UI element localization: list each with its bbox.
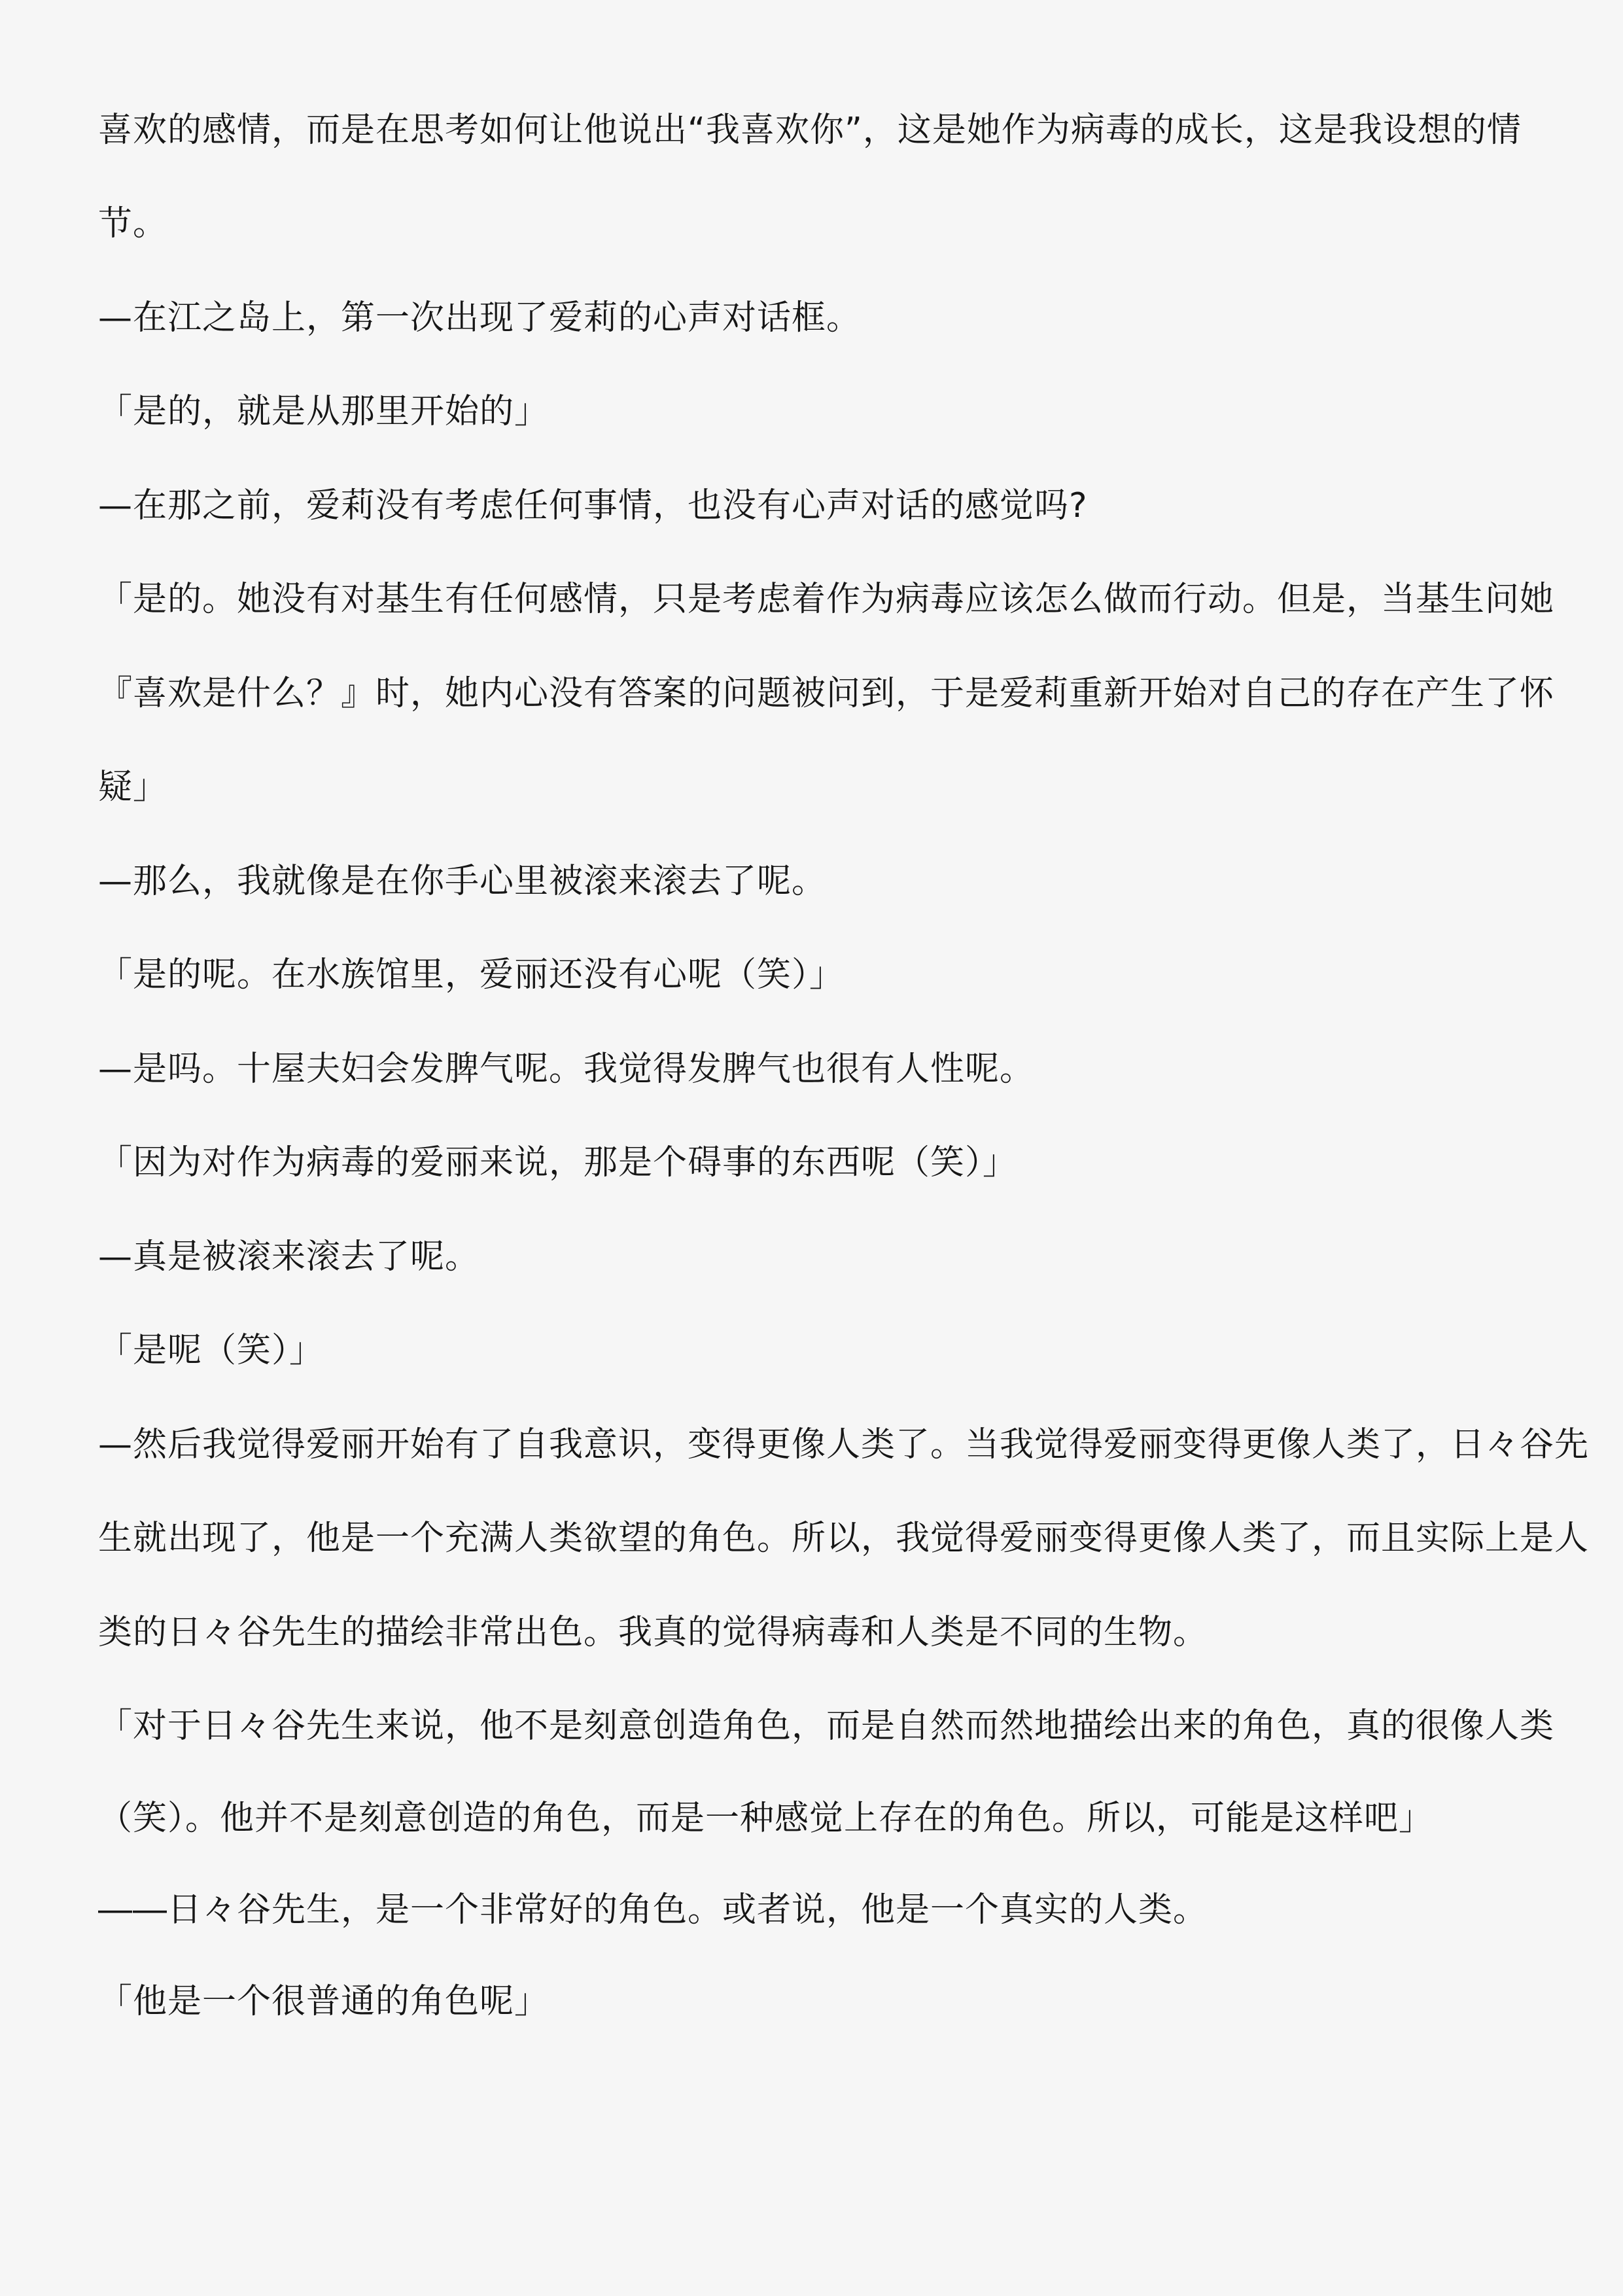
text-line: 生就出现了，他是一个充满人类欲望的角色。所以，我觉得爱丽变得更像人类了，而且实际… [98,1518,1550,1559]
text-line: 类的日々谷先生的描绘非常出色。我真的觉得病毒和人类是不同的生物。 [98,1612,1550,1653]
text-line: 『喜欢是什么？』时，她内心没有答案的问题被问到，于是爱莉重新开始对自己的存在产生… [98,673,1550,714]
text-line: 节。 [98,203,1550,244]
text-line: 疑」 [98,767,1550,807]
text-line: 「是的，就是从那里开始的」 [98,391,1550,432]
text-line: —在江之岛上，第一次出现了爱莉的心声对话框。 [98,298,1550,338]
text-line: 「他是一个很普通的角色呢」 [98,1981,1550,2022]
text-line: （笑）。他并不是刻意创造的角色，而是一种感觉上存在的角色。所以，可能是这样吧」 [98,1798,1550,1839]
text-line: 喜欢的感情，而是在思考如何让他说出“我喜欢你”，这是她作为病毒的成长，这是我设想… [98,110,1550,150]
text-line: 「对于日々谷先生来说，他不是刻意创造角色，而是自然而然地描绘出来的角色，真的很像… [98,1706,1550,1746]
text-line: —是吗。十屋夫妇会发脾气呢。我觉得发脾气也很有人性呢。 [98,1049,1550,1089]
text-line: 「是的。她没有对基生有任何感情，只是考虑着作为病毒应该怎么做而行动。但是，当基生… [98,579,1550,620]
text-line: ――日々谷先生，是一个非常好的角色。或者说，他是一个真实的人类。 [98,1890,1550,1930]
text-line: 「因为对作为病毒的爱丽来说，那是个碍事的东西呢（笑）」 [98,1142,1550,1183]
text-line: —真是被滚来滚去了呢。 [98,1237,1550,1277]
text-line: 「是的呢。在水族馆里，爱丽还没有心呢（笑）」 [98,955,1550,995]
text-line: —在那之前，爱莉没有考虑任何事情，也没有心声对话的感觉吗? [98,486,1550,526]
text-line: —然后我觉得爱丽开始有了自我意识，变得更像人类了。当我觉得爱丽变得更像人类了，日… [98,1424,1550,1465]
text-line: —那么，我就像是在你手心里被滚来滚去了呢。 [98,861,1550,902]
text-line: 「是呢（笑）」 [98,1330,1550,1371]
document-page: 喜欢的感情，而是在思考如何让他说出“我喜欢你”，这是她作为病毒的成长，这是我设想… [0,0,1623,2296]
